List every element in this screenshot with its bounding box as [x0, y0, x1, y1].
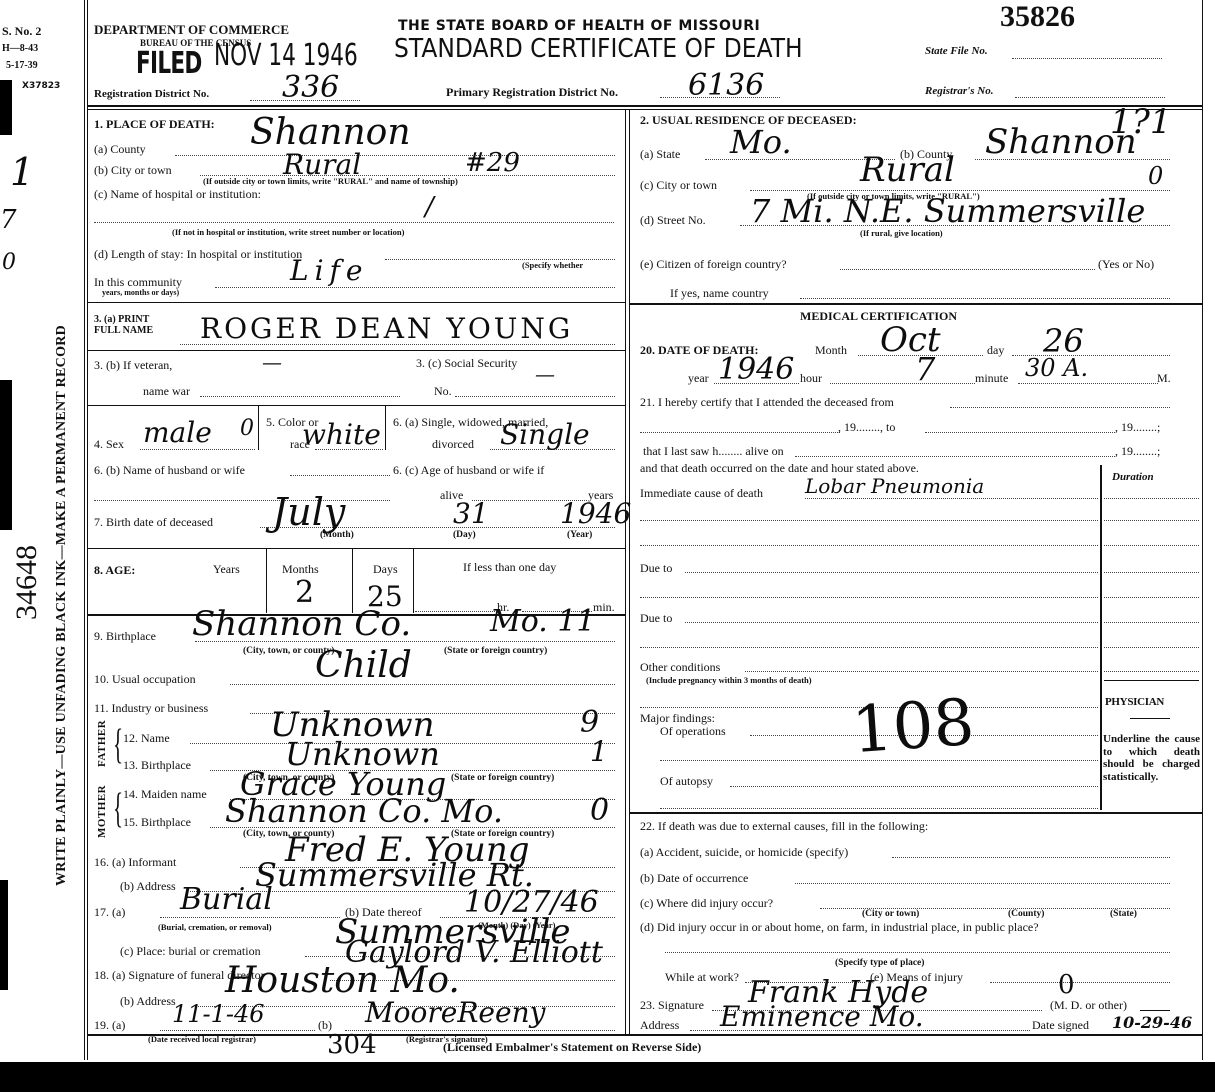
form-left-border — [84, 0, 85, 1060]
means-mark: 0 — [1058, 970, 1075, 1000]
filed-date: NOV 14 1946 — [214, 38, 358, 73]
md-label: (M. D. or other) — [1050, 998, 1127, 1013]
spouse-field-2[interactable] — [94, 500, 390, 501]
birthplace-label: 9. Birthplace — [94, 629, 156, 644]
margin-mark-3: 0 — [2, 250, 16, 275]
birth-year: 1946 — [560, 497, 631, 530]
birthplace-state: Mo. 11 — [490, 604, 596, 639]
physician-rule — [1130, 718, 1170, 719]
section-rule — [88, 405, 625, 406]
last-saw-year: , 19........; — [1115, 444, 1160, 459]
mother-name-label: 14. Maiden name — [123, 787, 207, 802]
due-to-field-1[interactable] — [685, 572, 1098, 573]
external-a-field[interactable] — [892, 857, 1170, 858]
date-signed-value: 10-29-46 — [1112, 1013, 1192, 1032]
burial-place-label: (c) Place: burial or cremation — [120, 944, 261, 959]
embalmer-note: (Licensed Embalmer's Statement on Revers… — [443, 1040, 701, 1055]
md-field[interactable] — [1140, 1010, 1170, 1011]
cell-divider — [258, 405, 259, 450]
veteran-label: 3. (b) If veteran, — [94, 358, 172, 373]
age-label: 8. AGE: — [94, 563, 135, 578]
scan-bottom-edge — [0, 1062, 1215, 1092]
margin-mark-1: 1 — [10, 150, 34, 194]
external-type-caption: (Specify type of place) — [835, 958, 924, 968]
pod-city-label: (b) City or town — [94, 163, 172, 178]
dod-hour-field[interactable] — [830, 383, 975, 384]
external-a-label: (a) Accident, suicide, or homicide (spec… — [640, 845, 848, 860]
burial-method-caption: (Burial, cremation, or removal) — [158, 922, 272, 932]
certify-field[interactable] — [950, 407, 1170, 408]
place-of-death-heading: 1. PLACE OF DEATH: — [94, 117, 215, 132]
month-caption: (Month) — [320, 530, 354, 540]
cell-divider — [385, 405, 386, 450]
dod-year-value: 1946 — [718, 352, 794, 387]
stamp-number: 34648 — [10, 545, 44, 620]
last-saw-field[interactable] — [795, 456, 1115, 457]
autopsy-line-2[interactable] — [660, 808, 1098, 809]
certificate-number: 35826 — [1000, 0, 1075, 34]
section-rule — [88, 350, 625, 351]
duration-field-7[interactable] — [1104, 647, 1199, 648]
spouse-age-label: 6. (c) Age of husband or wife if — [393, 463, 544, 478]
pod-city-note: (If outside city or town limits, write "… — [203, 176, 458, 186]
filed-stamp: FILED — [136, 46, 202, 81]
due-to-line-4[interactable] — [640, 647, 1098, 648]
res-citizen-field[interactable] — [840, 269, 1095, 270]
immediate-cause-field[interactable] — [805, 498, 1098, 499]
veteran-value: — — [262, 350, 282, 374]
embalmer-number: 304 — [327, 1030, 377, 1060]
mother-brace: { — [113, 788, 123, 830]
duration-end-rule — [1104, 680, 1199, 681]
section-rule — [630, 303, 1202, 305]
scan-edge-mark — [0, 880, 8, 990]
pod-community-field[interactable] — [215, 287, 615, 288]
duration-field-4[interactable] — [1104, 572, 1199, 573]
name-label: 3. (a) PRINTFULL NAME — [94, 314, 153, 336]
registrar-row-label: 19. (a) — [94, 1018, 125, 1033]
pod-township: #29 — [465, 148, 520, 178]
res-country-label: If yes, name country — [670, 286, 769, 301]
res-state-value: Mo. — [730, 123, 792, 161]
divorced-label: divorced — [432, 437, 474, 452]
physician-note: Underline the cause to which death shoul… — [1103, 733, 1200, 783]
dod-hour-value: 7 — [915, 350, 935, 388]
external-b-label: (b) Date of occurrence — [640, 871, 748, 886]
section-rule — [88, 302, 625, 303]
pod-hospital-value: / — [425, 192, 434, 222]
certify-label: 21. I hereby certify that I attended the… — [640, 395, 894, 410]
cause-line-2[interactable] — [640, 520, 1098, 521]
date-signed-label: Date signed — [1032, 1018, 1089, 1033]
scan-edge-mark — [0, 380, 12, 530]
external-caption-city: (City or town) — [862, 909, 919, 919]
registrar-sig-field[interactable] — [345, 1030, 615, 1031]
sex-value: male — [143, 416, 212, 449]
duration-field-2[interactable] — [1104, 520, 1199, 521]
form-right-border — [1202, 0, 1203, 1060]
other-conditions-label: Other conditions — [640, 660, 720, 675]
autopsy-field[interactable] — [730, 786, 1098, 787]
revision-1: H—8-43 — [2, 43, 38, 54]
res-county-value: Shannon — [985, 122, 1137, 162]
external-heading: 22. If death was due to external causes,… — [640, 819, 928, 834]
duration-field-8[interactable] — [1104, 671, 1199, 672]
pod-hospital-note: (If not in hospital or institution, writ… — [172, 227, 404, 237]
res-street-value: 7 Mi. N.E. Summersville — [750, 192, 1145, 230]
dod-year-label: year — [688, 371, 709, 386]
occupation-value: Child — [315, 645, 412, 686]
age-min-label: min. — [593, 600, 615, 615]
attended-to-field[interactable] — [925, 432, 1115, 433]
duration-field-1[interactable] — [1104, 498, 1199, 499]
res-city-value: Rural — [860, 150, 955, 190]
margin-mark-2: 7 — [0, 205, 17, 235]
received-date-caption: (Date received local registrar) — [148, 1034, 256, 1044]
pod-hospital-label: (c) Name of hospital or institution: — [94, 187, 261, 202]
birthplace-city: Shannon Co. — [192, 604, 411, 644]
father-name-label: 12. Name — [123, 731, 170, 746]
immediate-cause-value: Lobar Pneumonia — [805, 474, 984, 498]
full-name-value: ROGER DEAN YOUNG — [200, 312, 573, 345]
birthplace-state-caption: (State or foreign country) — [444, 646, 547, 656]
birth-month: July — [272, 490, 345, 534]
signature-label: 23. Signature — [640, 998, 704, 1013]
burial-method-field[interactable] — [160, 917, 340, 918]
father-brace: { — [113, 724, 123, 766]
pod-county-value: Shannon — [250, 112, 411, 153]
reg-district-value: 336 — [282, 70, 339, 105]
primary-district-label: Primary Registration District No. — [446, 85, 618, 100]
registrar-no-field[interactable] — [1015, 97, 1165, 98]
dod-minute-label: minute — [975, 371, 1008, 386]
dod-meridiem: M. — [1157, 371, 1171, 386]
immediate-cause-label: Immediate cause of death — [640, 486, 763, 501]
spouse-field[interactable] — [290, 475, 390, 476]
certificate-title: STANDARD CERTIFICATE OF DEATH — [394, 34, 803, 64]
res-street-label: (d) Street No. — [640, 213, 706, 228]
dod-day-label: day — [987, 343, 1004, 358]
attended-from-field[interactable] — [640, 432, 840, 433]
industry-label: 11. Industry or business — [94, 701, 208, 716]
father-side-label: FATHER — [96, 720, 108, 767]
form-code: X37823 — [22, 81, 60, 91]
department: DEPARTMENT OF COMMERCE — [94, 22, 289, 38]
duration-field-5[interactable] — [1104, 597, 1199, 598]
attended-from-year: , 19........, to — [838, 420, 895, 435]
day-caption: (Day) — [453, 530, 476, 540]
duration-field-6[interactable] — [1104, 622, 1199, 623]
primary-district-value: 6136 — [688, 68, 764, 103]
external-caption-county: (County) — [1008, 909, 1044, 919]
war-label: name war — [143, 384, 190, 399]
cell-divider — [413, 548, 414, 613]
father-bp-code: 1 — [590, 735, 608, 768]
marital-value: Single — [500, 418, 590, 451]
mother-side-label: MOTHER — [96, 785, 108, 838]
birth-date-label: 7. Birth date of deceased — [94, 515, 213, 530]
mother-bp-label: 15. Birthplace — [123, 815, 191, 830]
work-label: While at work? — [665, 970, 739, 985]
burial-row-label: 17. (a) — [94, 905, 125, 920]
sig-address-label: Address — [640, 1018, 679, 1033]
autopsy-label: Of autopsy — [660, 774, 713, 789]
due-to-line-2[interactable] — [640, 597, 1098, 598]
dod-minute-field[interactable] — [1018, 383, 1158, 384]
state-file-field[interactable] — [1012, 58, 1162, 59]
operations-label: Of operations — [660, 724, 726, 739]
column-divider — [625, 109, 626, 1034]
section-rule — [630, 812, 1202, 814]
ss-no-label: No. — [434, 384, 452, 399]
registrar-no-label: Registrar's No. — [925, 85, 993, 97]
res-country-field[interactable] — [800, 298, 1170, 299]
received-date-value: 11-1-46 — [172, 1000, 265, 1028]
duration-heading: Duration — [1112, 471, 1154, 483]
vertical-instruction: WRITE PLAINLY—USE UNFADING BLACK INK—MAK… — [54, 325, 70, 886]
duration-divider — [1100, 465, 1102, 810]
dod-month-label: Month — [815, 343, 847, 358]
state-file-label: State File No. — [925, 45, 988, 57]
race-value: white — [302, 418, 381, 451]
dod-hour-label: hour — [800, 371, 822, 386]
res-city-extra: 0 — [1148, 162, 1163, 190]
director-address-value: Houston Mo. — [225, 960, 460, 1001]
informant-label: 16. (a) Informant — [94, 855, 176, 870]
physician-heading: PHYSICIAN — [1105, 696, 1164, 708]
external-d-field[interactable] — [665, 952, 1170, 953]
birth-day: 31 — [453, 497, 489, 530]
dod-minute-value: 30 A. — [1025, 354, 1088, 382]
age-hr-field[interactable] — [415, 611, 495, 612]
column-divider-2 — [629, 109, 630, 1034]
year-caption: (Year) — [567, 530, 592, 540]
res-citizen-note: (Yes or No) — [1098, 257, 1154, 272]
external-caption-state: (State) — [1110, 909, 1137, 919]
sig-address-value: Eminence Mo. — [720, 1000, 924, 1033]
age-lt-day-label: If less than one day — [463, 560, 556, 575]
sex-code: 0 — [240, 416, 254, 441]
external-c-label: (c) Where did injury occur? — [640, 896, 773, 911]
res-citizen-label: (e) Citizen of foreign country? — [640, 257, 787, 272]
ss-field[interactable] — [455, 396, 615, 397]
last-saw-label: that I last saw h........ alive on — [643, 444, 784, 459]
attended-to-year: , 19........; — [1115, 420, 1160, 435]
res-city-label: (c) City or town — [640, 178, 717, 193]
revision-2: 5-17-39 — [6, 60, 38, 71]
pod-stay-label: (d) Length of stay: In hospital or insti… — [94, 247, 302, 262]
due-to-label-1: Due to — [640, 561, 672, 576]
occupation-label: 10. Usual occupation — [94, 672, 196, 687]
ss-value: — — [535, 362, 555, 386]
war-field[interactable] — [200, 396, 400, 397]
state-board: THE STATE BOARD OF HEALTH OF MISSOURI — [398, 18, 760, 34]
due-to-label-2: Due to — [640, 611, 672, 626]
other-conditions-field[interactable] — [745, 671, 1098, 672]
pod-county-field[interactable] — [175, 155, 615, 156]
means-field[interactable] — [990, 982, 1170, 983]
pod-community-value: Life — [290, 254, 368, 287]
duration-field-3[interactable] — [1104, 545, 1199, 546]
ss-label: 3. (c) Social Security — [416, 356, 517, 371]
external-b-field[interactable] — [795, 883, 1170, 884]
father-bp-state-caption: (State or foreign country) — [451, 773, 554, 783]
registrar-sig-value: MooreReeny — [365, 996, 545, 1029]
received-date-field[interactable] — [160, 1030, 315, 1031]
father-bp-label: 13. Birthplace — [123, 758, 191, 773]
form-number: S. No. 2 — [2, 24, 41, 39]
res-state-label: (a) State — [640, 147, 680, 162]
due-to-field-2[interactable] — [685, 622, 1098, 623]
sex-label: 4. Sex — [94, 437, 124, 452]
director-address-label: (b) Address — [120, 994, 176, 1009]
reg-district-label: Registration District No. — [94, 88, 209, 100]
cause-line-3[interactable] — [640, 545, 1098, 546]
spouse-label: 6. (b) Name of husband or wife — [94, 463, 245, 478]
mother-bp-value: Shannon Co. Mo. — [225, 792, 503, 830]
header-rule-2 — [88, 109, 1203, 110]
pod-stay-note: (Specify whether — [522, 260, 583, 270]
pod-hospital-field[interactable] — [94, 222, 614, 223]
other-conditions-note: (Include pregnancy within 3 months of de… — [646, 675, 812, 685]
form-left-border-inner — [87, 0, 88, 1060]
pod-county-label: (a) County — [94, 142, 146, 157]
informant-address-label: (b) Address — [120, 879, 176, 894]
occupation-field[interactable] — [230, 684, 615, 685]
age-years-label: Years — [213, 562, 240, 577]
header-rule — [88, 105, 1203, 107]
burial-method-value: Burial — [180, 882, 273, 917]
external-d-label: (d) Did injury occur in or about home, o… — [640, 920, 1039, 935]
age-days-label: Days — [373, 562, 398, 577]
coder-mark: 108 — [850, 686, 977, 768]
res-street-note: (If rural, give location) — [860, 228, 943, 238]
mother-bp-code: 0 — [590, 793, 609, 828]
section-rule — [88, 548, 625, 549]
sex-field[interactable] — [140, 449, 255, 450]
pod-community-note: years, months or days) — [102, 288, 179, 297]
scan-edge-mark — [0, 80, 12, 135]
